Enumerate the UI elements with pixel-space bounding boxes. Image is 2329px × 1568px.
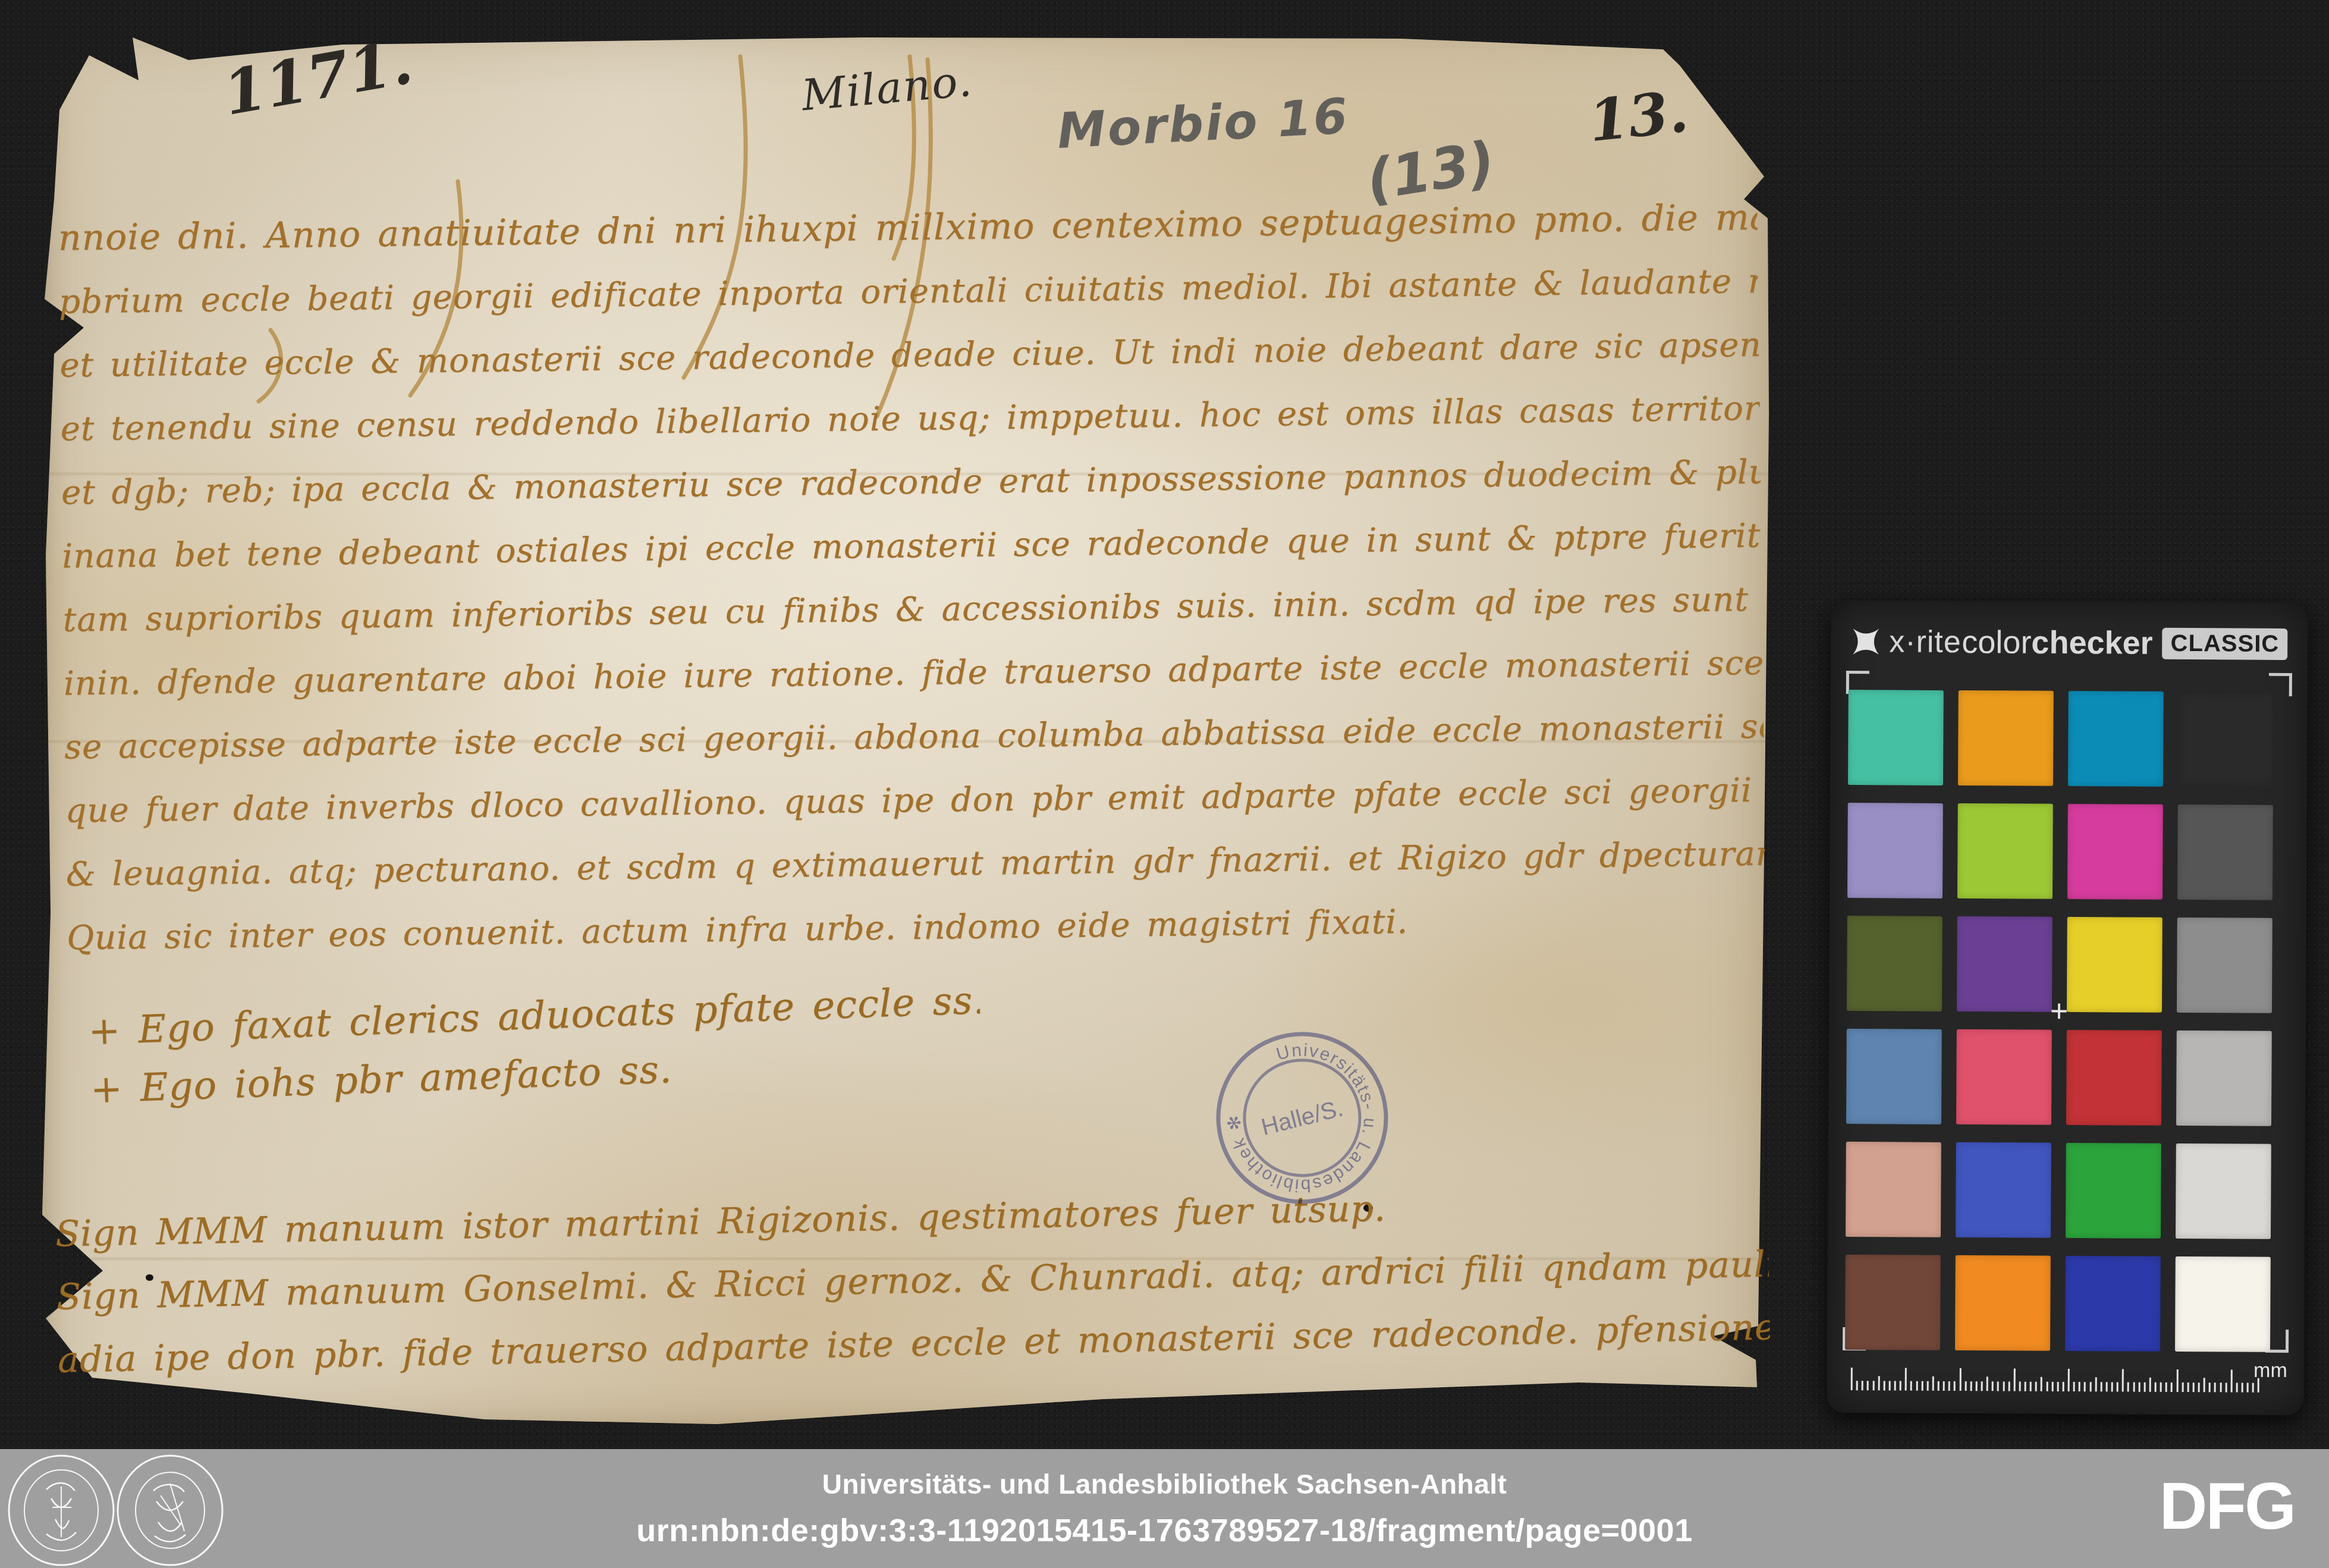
ruler-tick <box>1954 1381 1956 1391</box>
ruler-tick <box>2105 1382 2107 1391</box>
ruler-tick <box>1883 1381 1885 1390</box>
ruler-tick <box>2095 1377 2097 1391</box>
ruler-tick <box>2046 1382 2048 1391</box>
color-swatch <box>1958 690 2054 786</box>
university-seals <box>5 1454 231 1567</box>
urn-text: urn:nbn:de:gbv:3:3-1192015415-1763789527… <box>636 1512 1692 1549</box>
color-swatch <box>2176 1030 2272 1126</box>
ruler-tick <box>1894 1381 1896 1390</box>
color-swatch <box>1848 690 1944 785</box>
colorchecker-title: colorchecker CLASSIC <box>1962 624 2287 662</box>
color-swatch <box>2177 805 2273 900</box>
ruler-tick <box>2252 1383 2254 1393</box>
ruler-tick <box>2079 1382 2080 1391</box>
ruler-tick <box>2089 1382 2091 1391</box>
ruler-tick <box>1932 1377 1934 1391</box>
color-swatch <box>1847 803 1943 898</box>
ruler-tick <box>1926 1381 1928 1391</box>
ruler-tick <box>2111 1382 2113 1391</box>
ruler-tick <box>2143 1382 2145 1392</box>
ruler-ticks <box>1851 1363 2260 1393</box>
ruler-tick <box>1970 1381 1972 1391</box>
ruler-tick <box>1900 1381 1901 1391</box>
color-swatch <box>1847 916 1943 1011</box>
ruler-tick <box>2182 1382 2183 1392</box>
ruler-tick <box>2236 1382 2237 1392</box>
color-swatch <box>2176 1143 2271 1239</box>
color-swatch <box>2068 691 2164 787</box>
center-cross-icon: + <box>2047 999 2072 1024</box>
ruler-tick <box>1910 1381 1912 1391</box>
color-swatch <box>2178 692 2274 787</box>
ruler-tick <box>1975 1381 1977 1391</box>
ruler-tick <box>2100 1382 2102 1391</box>
ruler-tick <box>2225 1382 2227 1392</box>
color-swatch <box>1846 1029 1942 1124</box>
ruler-tick <box>2062 1382 2064 1391</box>
ruler-tick <box>2242 1383 2243 1393</box>
colorchecker-name-light: color <box>1962 624 2031 661</box>
ruler-tick <box>1959 1368 1961 1391</box>
classic-badge: CLASSIC <box>2162 627 2287 659</box>
ruler-tick <box>2133 1382 2135 1392</box>
ruler-tick <box>2155 1382 2157 1392</box>
ruler-tick <box>1889 1381 1891 1390</box>
ruler-tick <box>1867 1381 1869 1390</box>
color-swatch <box>1957 803 2053 899</box>
ruler-tick <box>2117 1382 2119 1391</box>
color-swatch <box>2067 804 2163 900</box>
color-swatch <box>1956 1142 2051 1238</box>
ruler-tick <box>1965 1381 1966 1391</box>
ruler-tick <box>1987 1377 1988 1391</box>
ruler-tick <box>2068 1369 2070 1391</box>
ruler-tick <box>1921 1381 1923 1391</box>
ruler-tick <box>2220 1382 2221 1392</box>
ruler-tick <box>2041 1377 2042 1391</box>
ruler-tick <box>2149 1378 2151 1392</box>
color-swatch <box>1957 916 2053 1012</box>
colorchecker-header: x·rite colorchecker CLASSIC <box>1831 601 2308 662</box>
ruler-tick <box>2192 1382 2194 1392</box>
ruler-tick <box>2187 1382 2189 1392</box>
scan-background: 1171. Milano. Morbio 16 (13) 13. nnoie d… <box>0 0 2329 1568</box>
xrite-pinwheel-icon <box>1849 624 1883 659</box>
ruler-tick <box>1938 1381 1940 1391</box>
ruler-tick <box>2247 1383 2249 1393</box>
colorchecker-card: x·rite colorchecker CLASSIC + mm <box>1827 601 2308 1415</box>
ruler-tick <box>2198 1382 2200 1392</box>
ruler-tick <box>2165 1382 2167 1392</box>
ruler-unit-label: mm <box>2253 1359 2287 1382</box>
ruler-tick <box>2003 1381 2004 1391</box>
ruler-tick <box>1948 1381 1950 1391</box>
footer-bar: Universitäts- und Landesbibliothek Sachs… <box>0 1449 2329 1568</box>
ruler-tick <box>1862 1381 1863 1390</box>
ruler-tick <box>2008 1381 2010 1391</box>
ruler-tick <box>1943 1381 1945 1391</box>
ruler-tick <box>2057 1382 2058 1391</box>
ruler-tick <box>2019 1382 2020 1391</box>
ruler-tick <box>1992 1381 1994 1391</box>
color-swatch <box>2067 917 2163 1013</box>
ruler-tick <box>2025 1382 2026 1391</box>
ruler-tick <box>2204 1378 2205 1392</box>
ruler-tick <box>1872 1381 1874 1390</box>
ruler-tick <box>2209 1382 2211 1392</box>
ruler-tick <box>1851 1368 1853 1390</box>
ruler-tick <box>2171 1382 2173 1392</box>
color-swatch <box>1845 1255 1941 1350</box>
ruler-tick <box>2030 1382 2032 1391</box>
ruler-tick <box>2084 1382 2086 1391</box>
ruler-tick <box>2051 1382 2053 1391</box>
xrite-brand-text: x·rite <box>1889 624 1962 660</box>
ruler-tick <box>2176 1369 2178 1392</box>
color-swatch <box>2177 917 2273 1013</box>
ruler-tick <box>2073 1382 2075 1391</box>
ruler-tick <box>1997 1381 1999 1391</box>
ruler-tick <box>1916 1381 1918 1391</box>
charter-body-text: nnoie dni. Anno anatiuitate dni nri ihux… <box>58 186 1767 980</box>
color-swatch <box>2065 1256 2161 1352</box>
ruler-tick <box>2035 1382 2037 1391</box>
color-swatch <box>2066 1030 2162 1126</box>
color-swatch <box>2066 1143 2161 1239</box>
dfg-logo: DFG <box>2160 1468 2295 1544</box>
ruler-tick <box>2138 1382 2140 1392</box>
ruler-tick <box>2013 1369 2015 1391</box>
color-swatch <box>1955 1255 2051 1351</box>
ruler-tick <box>1905 1368 1907 1391</box>
colorchecker-name-bold: checker <box>2031 625 2152 661</box>
colorchecker-name: colorchecker <box>1962 624 2153 662</box>
folio-number-annotation: 13. <box>1586 83 1690 150</box>
color-swatch <box>1846 1142 1941 1237</box>
ruler-tick <box>1878 1376 1879 1390</box>
charter-witness-lines: Sign MMM manuum istor martini Rigizonis.… <box>55 1170 1771 1404</box>
ruler-tick <box>1981 1381 1983 1391</box>
ruler-tick <box>1856 1381 1858 1390</box>
ruler-tick <box>2127 1382 2129 1392</box>
xrite-logo: x·rite <box>1849 624 1962 660</box>
color-swatch <box>1956 1029 2052 1125</box>
pencil-shelfmark-annotation: Morbio 16 <box>1056 92 1350 156</box>
stamp-center-text: Halle/S. <box>1259 1095 1346 1141</box>
ruler-tick <box>2230 1369 2232 1392</box>
ruler-tick <box>2214 1382 2216 1392</box>
library-name: Universitäts- und Landesbibliothek Sachs… <box>822 1468 1507 1500</box>
color-swatch <box>2175 1256 2271 1352</box>
ruler-tick <box>2160 1382 2162 1392</box>
ruler-tick <box>2122 1369 2124 1391</box>
